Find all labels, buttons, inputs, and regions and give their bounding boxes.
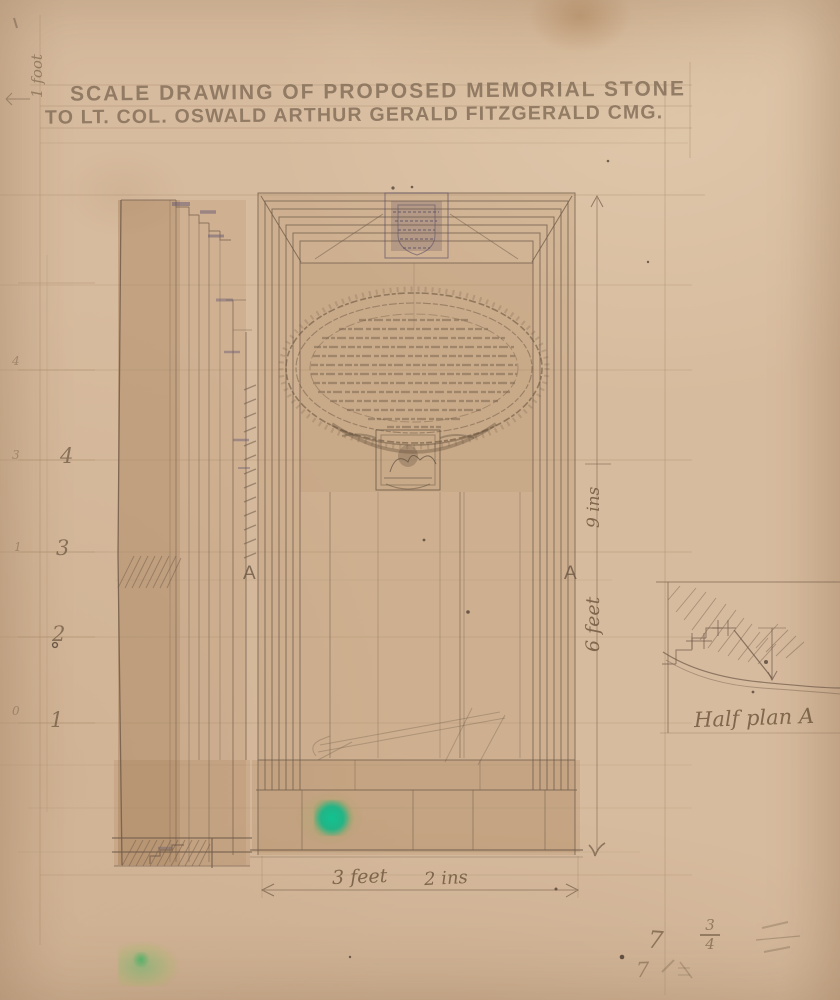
fraction-numerator: 3 [705,918,715,933]
half-plan-label: Half plan A [694,704,815,732]
half-plan-hatch [668,586,804,664]
paper-sheet: SCALE DRAWING OF PROPOSED MEMORIAL STONE… [0,0,840,1000]
scale-number-1: 1 [50,708,63,732]
scale-number-3: 3 [56,536,69,560]
pencil-calc-row2-whole: 7 [636,958,650,982]
top-crest-emblem [385,193,448,258]
scale-number-2: 2 [52,622,65,646]
scale-number-small-1: 3 [12,448,20,462]
width-dim-feet-label: 3 feet [332,865,388,889]
fraction-denominator: 4 [705,937,715,952]
pencil-calc-row1-fraction: 3 4 [700,918,720,952]
section-marker-right: A [564,563,577,585]
scale-number-small-2: 1 [14,540,22,554]
scale-number-small-0: 4 [12,354,20,368]
margin-scale-note: 1 foot [28,28,46,98]
scale-number-small-3: 0 [12,704,20,718]
linework-svg [0,0,840,1000]
height-dim-upper-label: 9 ins [584,462,604,528]
section-marker-left: A [243,563,256,585]
width-dim-ins-label: 2 ins [423,867,468,890]
height-dim-lower-label: 6 feet [582,568,604,652]
pencil-calc-row1-whole: 7 [647,926,664,955]
scale-number-4: 4 [60,444,73,468]
half-plan-detail [662,620,840,694]
